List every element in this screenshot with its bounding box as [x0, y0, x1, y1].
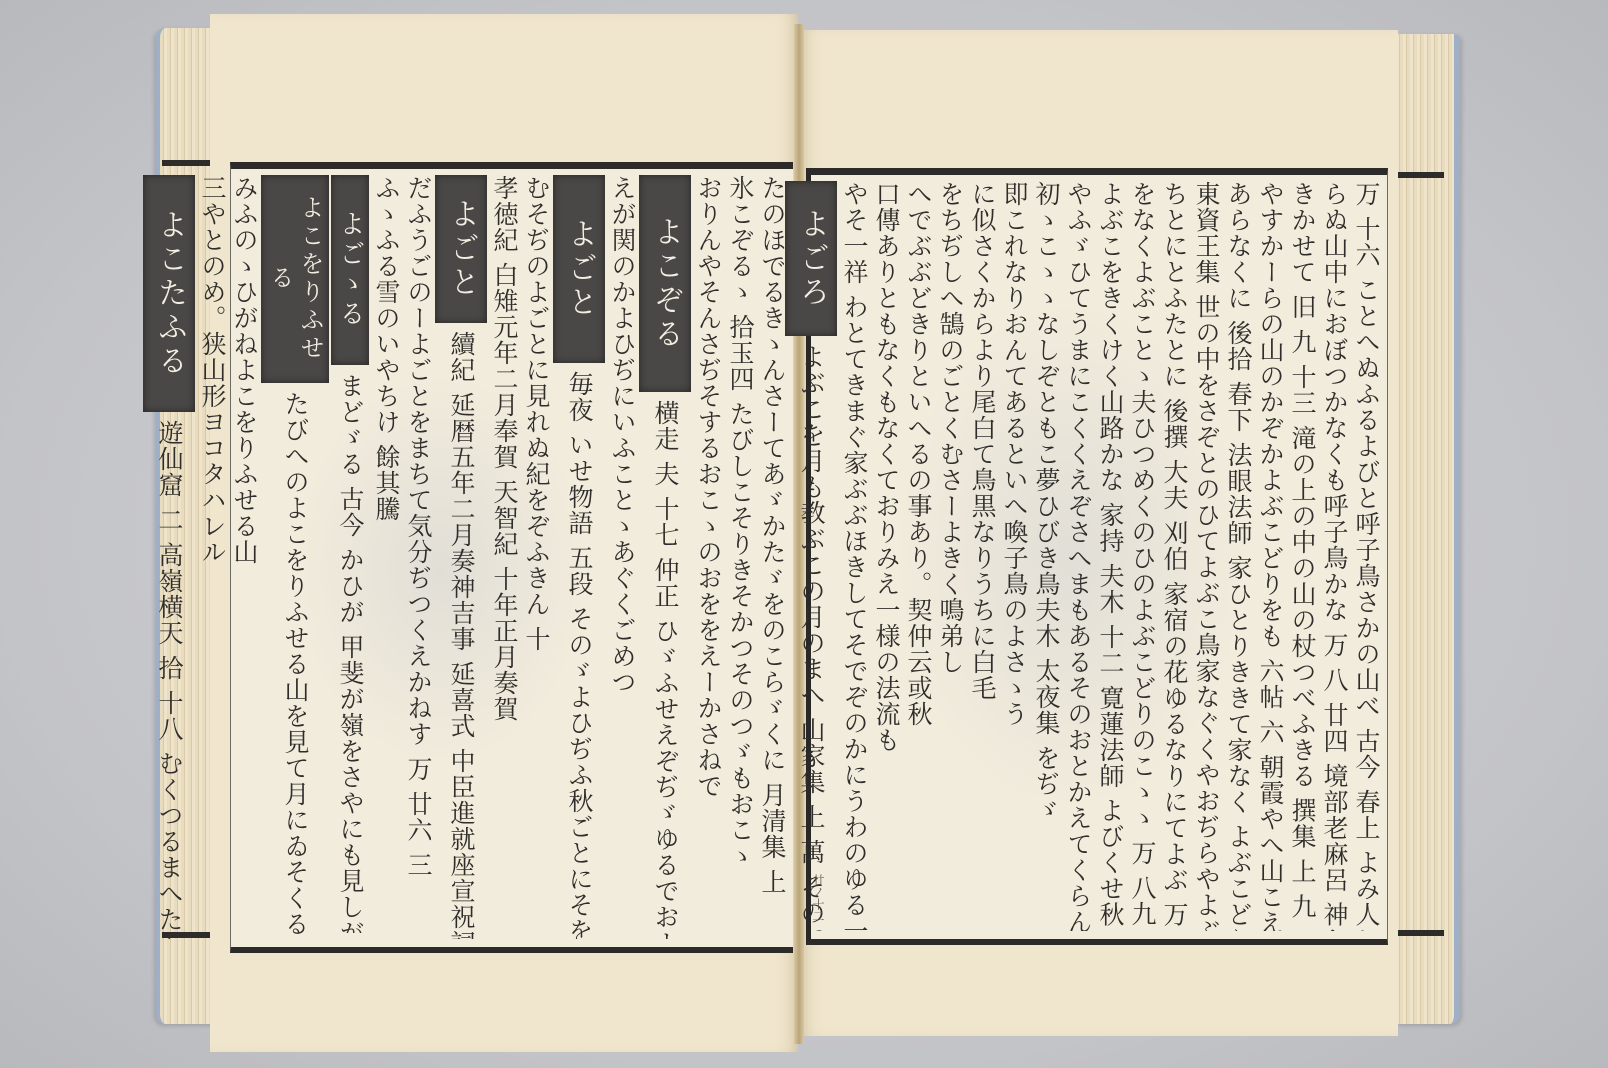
text-column: あらなくに 後拾 春下 法眼法師 家ひとりききて家なく よぶこどりなくやなかくる: [1223, 181, 1253, 931]
text-column: をちぢしへ鵠のごとくむさーよきく鳴弟し: [935, 181, 965, 931]
text-column: 横走 夫 十七 仲正 ひゞふせえぞぢゞゆるでおーがらやよ: [650, 400, 680, 939]
headword-entry: よごゝる まどゞる 古今 かひが 甲斐が嶺をさやにも見しが: [331, 175, 369, 939]
headword-block: よこぞる: [639, 175, 691, 392]
text-column: をなくよぶことゝ夫ひつめくのひのよぶこどりのこゝゝ 万 八九 坂上郎女 よのつね…: [1127, 181, 1157, 931]
text-column: ふゝふる雪のいやちけ 餘其騰: [371, 175, 401, 939]
right-page-print-frame: 万 十六 ことへぬふるよびと呼子鳥さかの山べ 古今 春上 よみ人しらず をちこち…: [806, 168, 1388, 945]
text-column: たのほでるきゝんさーてあゞかたゞをのこらゞくに 月清集 上: [757, 175, 787, 939]
headword-block: よこをりふせる: [261, 175, 329, 383]
headword-block: よごろ: [785, 181, 837, 336]
text-column: 万 十六 ことへぬふるよびと呼子鳥さかの山べ 古今 春上 よみ人しらず をちこち…: [1351, 181, 1381, 931]
text-column: やふゞひてうまにこくくえぞさへまもあるそのおとかえてくらんくももおかぬ: [1063, 181, 1093, 931]
text-column: 毎夜 いせ物語 五段 そのゞよひぢふ秋ごとにそをきてほのゝせ: [564, 371, 594, 939]
headword-block: よごと: [435, 175, 487, 323]
text-column: らぬ山中におぼつかなくも呼子鳥かな 万 八 廿四 境部老麻呂 神なびのいはせの森…: [1319, 181, 1349, 931]
text-column: 即これなりおんてあるといへ喚子鳥のよさゝう: [999, 181, 1029, 931]
left-page-text-columns: たのほでるきゝんさーてあゞかたゞをのこらゞくに 月清集 上 氷こぞるゝ 拾玉四 …: [143, 175, 787, 939]
left-page-print-frame: たのほでるきゝんさーてあゞかたゞをのこらゞくに 月清集 上 氷こぞるゝ 拾玉四 …: [230, 162, 793, 953]
headword-block: よごと: [553, 175, 605, 363]
headword-entry: よごと 毎夜 いせ物語 五段 そのゞよひぢふ秋ごとにそをきてほのゝせ: [553, 175, 605, 939]
text-column: 初ゝこゝゝなしぞともこ夢ひびき鳥夫木 太夜集 をぢゞ: [1031, 181, 1061, 931]
text-column: よぶこを月も教ぶこの月のまへ 山家集 上 萬 そのでぎ數ね縁: [796, 344, 826, 931]
open-book: たのほでるきゝんさーてあゞかたゞをのこらゞくに 月清集 上 氷こぞるゝ 拾玉四 …: [0, 0, 1608, 1068]
text-column: よぶこをきくけく山路かな 家持 夫木 十二 寛蓮法師 よびくせ秋の: [1095, 181, 1125, 931]
text-column: えが関のかよひぢにいふことゝあぐくごめつ: [607, 175, 637, 939]
text-column: だふうごのーよごとをまちて気分ぢつくえかねす 万 廿六 三: [403, 175, 433, 939]
right-edge-bottom-rule-mark: [1396, 930, 1444, 936]
right-page-text-columns: 万 十六 ことへぬふるよびと呼子鳥さかの山べ 古今 春上 よみ人しらず をちこち…: [785, 181, 1381, 931]
text-column: 續紀 延暦五年二月奏神吉事 延喜式 中臣進就座宣祝詞 竹とり: [446, 331, 476, 939]
text-column: 遊仙窟 二 高嶺横天 拾 十八 むくつるまへたかる: [154, 420, 184, 939]
text-column: やそ一祥 わとてきまぐ家ぶぶほきしてそでぞのかにうわのゆる一つる 旧 上 二十六…: [839, 181, 869, 931]
headword-entry: よごと 續紀 延暦五年二月奏神吉事 延喜式 中臣進就座宣祝詞 竹とり: [435, 175, 487, 939]
text-column: 氷こぞるゝ 拾玉四 たびしこそりきそかつそのつゞもおこゝ: [725, 175, 755, 939]
text-column: むそぢのよごとに見れぬ紀をぞふきん 十: [521, 175, 551, 939]
text-column: きかせて 旧 九 十三 滝の上の中の山の杖つべふきる 撰集 上 九 いつもこゑ: [1287, 181, 1317, 931]
text-column: 東資王集 世の中をさぞとのひてよぶこ鳥家なぐくやおぢらやよぶこどり二声はでいぬも…: [1191, 181, 1221, 931]
folio-number: 廿ノ十二: [810, 874, 827, 934]
text-column: やすかーらの山のかぞかよぶこどりをも 六帖 六 朝霞やへ山こえてよぶこどり: [1255, 181, 1285, 931]
text-column: ちとにとふたとに 後撰 大夫 刈伯 家宿の花ゆるなりにてよぶ 万 十六 よぶこど…: [1159, 181, 1189, 931]
headword-entry: よこをりふせる たびへのよこをりふせる山を見て月にゐそくる: [261, 175, 329, 939]
text-column: へでぶぶどきりといへるの事あり。契仲云或秋: [903, 181, 933, 931]
left-edge-top-rule-mark: [162, 160, 214, 166]
right-page-edges: [1396, 34, 1460, 1024]
text-column: 口傳ありともなくもなくておりみえ一様の法流も: [871, 181, 901, 931]
headword-block: よごゝる: [331, 175, 369, 365]
headword-entry: よこたふる 遊仙窟 二 高嶺横天 拾 十八 むくつるまへたかる: [143, 175, 195, 939]
right-edge-top-rule-mark: [1396, 172, 1444, 178]
text-column: 孝徳紀 白雉元年二月奉賀 天智紀 十年正月奏賀: [489, 175, 519, 939]
headword-block: よこたふる: [143, 175, 195, 412]
text-column: まどゞる 古今 かひが 甲斐が嶺をさやにも見しが: [335, 373, 365, 933]
text-column: おりんやそんさぢそするおこゝのおををえーかさねで: [693, 175, 723, 939]
text-column: 三やとのめ。狭山形ヨコタハレル: [197, 175, 227, 939]
text-column: みふのゝひがねよこをりふせる山: [229, 175, 259, 939]
headword-entry: よこぞる 横走 夫 十七 仲正 ひゞふせえぞぢゞゆるでおーがらやよ: [639, 175, 691, 939]
text-column: たびへのよこをりふせる山を見て月にゐそくる: [280, 391, 310, 940]
headword-entry: よごろ よぶこを月も教ぶこの月のまへ 山家集 上 萬 そのでぎ數ね縁: [785, 181, 837, 931]
text-column: に似さくからより尾白て鳥黒なりうちに白毛: [967, 181, 997, 931]
